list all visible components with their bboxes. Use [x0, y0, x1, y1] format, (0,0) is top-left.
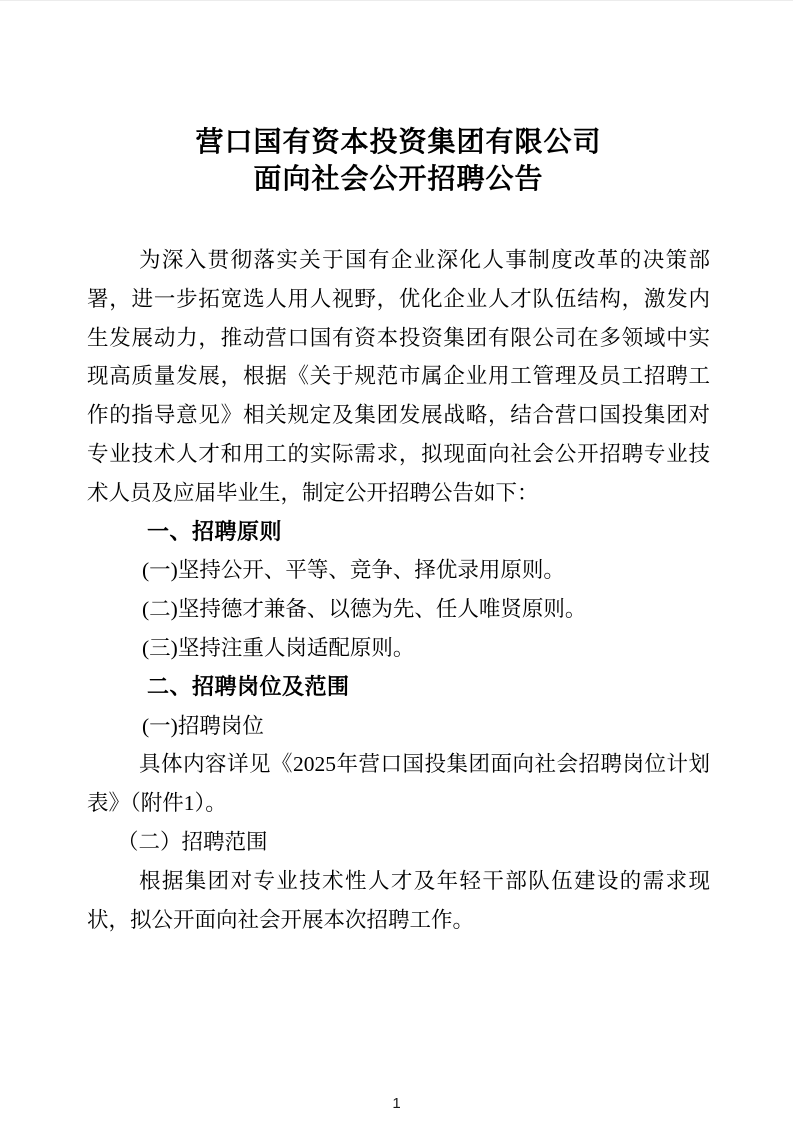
principle-item-1: (一)坚持公开、平等、竞争、择优录用原则。 [87, 551, 710, 590]
intro-paragraph: 为深入贯彻落实关于国有企业深化人事制度改革的决策部署，进一步拓宽选人用人视野，优… [87, 241, 710, 513]
subsection-2-1-text: 具体内容详见《2025年营口国投集团面向社会招聘岗位计划表》（附件1）。 [87, 745, 710, 823]
body-text: 为深入贯彻落实关于国有企业深化人事制度改革的决策部署，进一步拓宽选人用人视野，优… [87, 241, 710, 939]
page-number: 1 [0, 1095, 793, 1113]
principle-item-3: (三)坚持注重人岗适配原则。 [87, 629, 710, 668]
principle-item-2: (二)坚持德才兼备、以德为先、任人唯贤原则。 [87, 590, 710, 629]
subsection-2-2-heading: （二）招聘范围 [87, 823, 710, 862]
title-line-1: 营口国有资本投资集团有限公司 [87, 124, 710, 161]
document-page: 营口国有资本投资集团有限公司 面向社会公开招聘公告 为深入贯彻落实关于国有企业深… [0, 0, 793, 1122]
subsection-2-2-text: 根据集团对专业技术性人才及年轻干部队伍建设的需求现状，拟公开面向社会开展本次招聘… [87, 862, 710, 940]
page-title: 营口国有资本投资集团有限公司 面向社会公开招聘公告 [87, 1, 710, 198]
section-1-heading: 一、招聘原则 [87, 513, 710, 552]
title-line-2: 面向社会公开招聘公告 [87, 161, 710, 198]
subsection-2-1-heading: (一)招聘岗位 [87, 707, 710, 746]
section-2-heading: 二、招聘岗位及范围 [87, 668, 710, 707]
document-body: 营口国有资本投资集团有限公司 面向社会公开招聘公告 为深入贯彻落实关于国有企业深… [87, 1, 710, 939]
